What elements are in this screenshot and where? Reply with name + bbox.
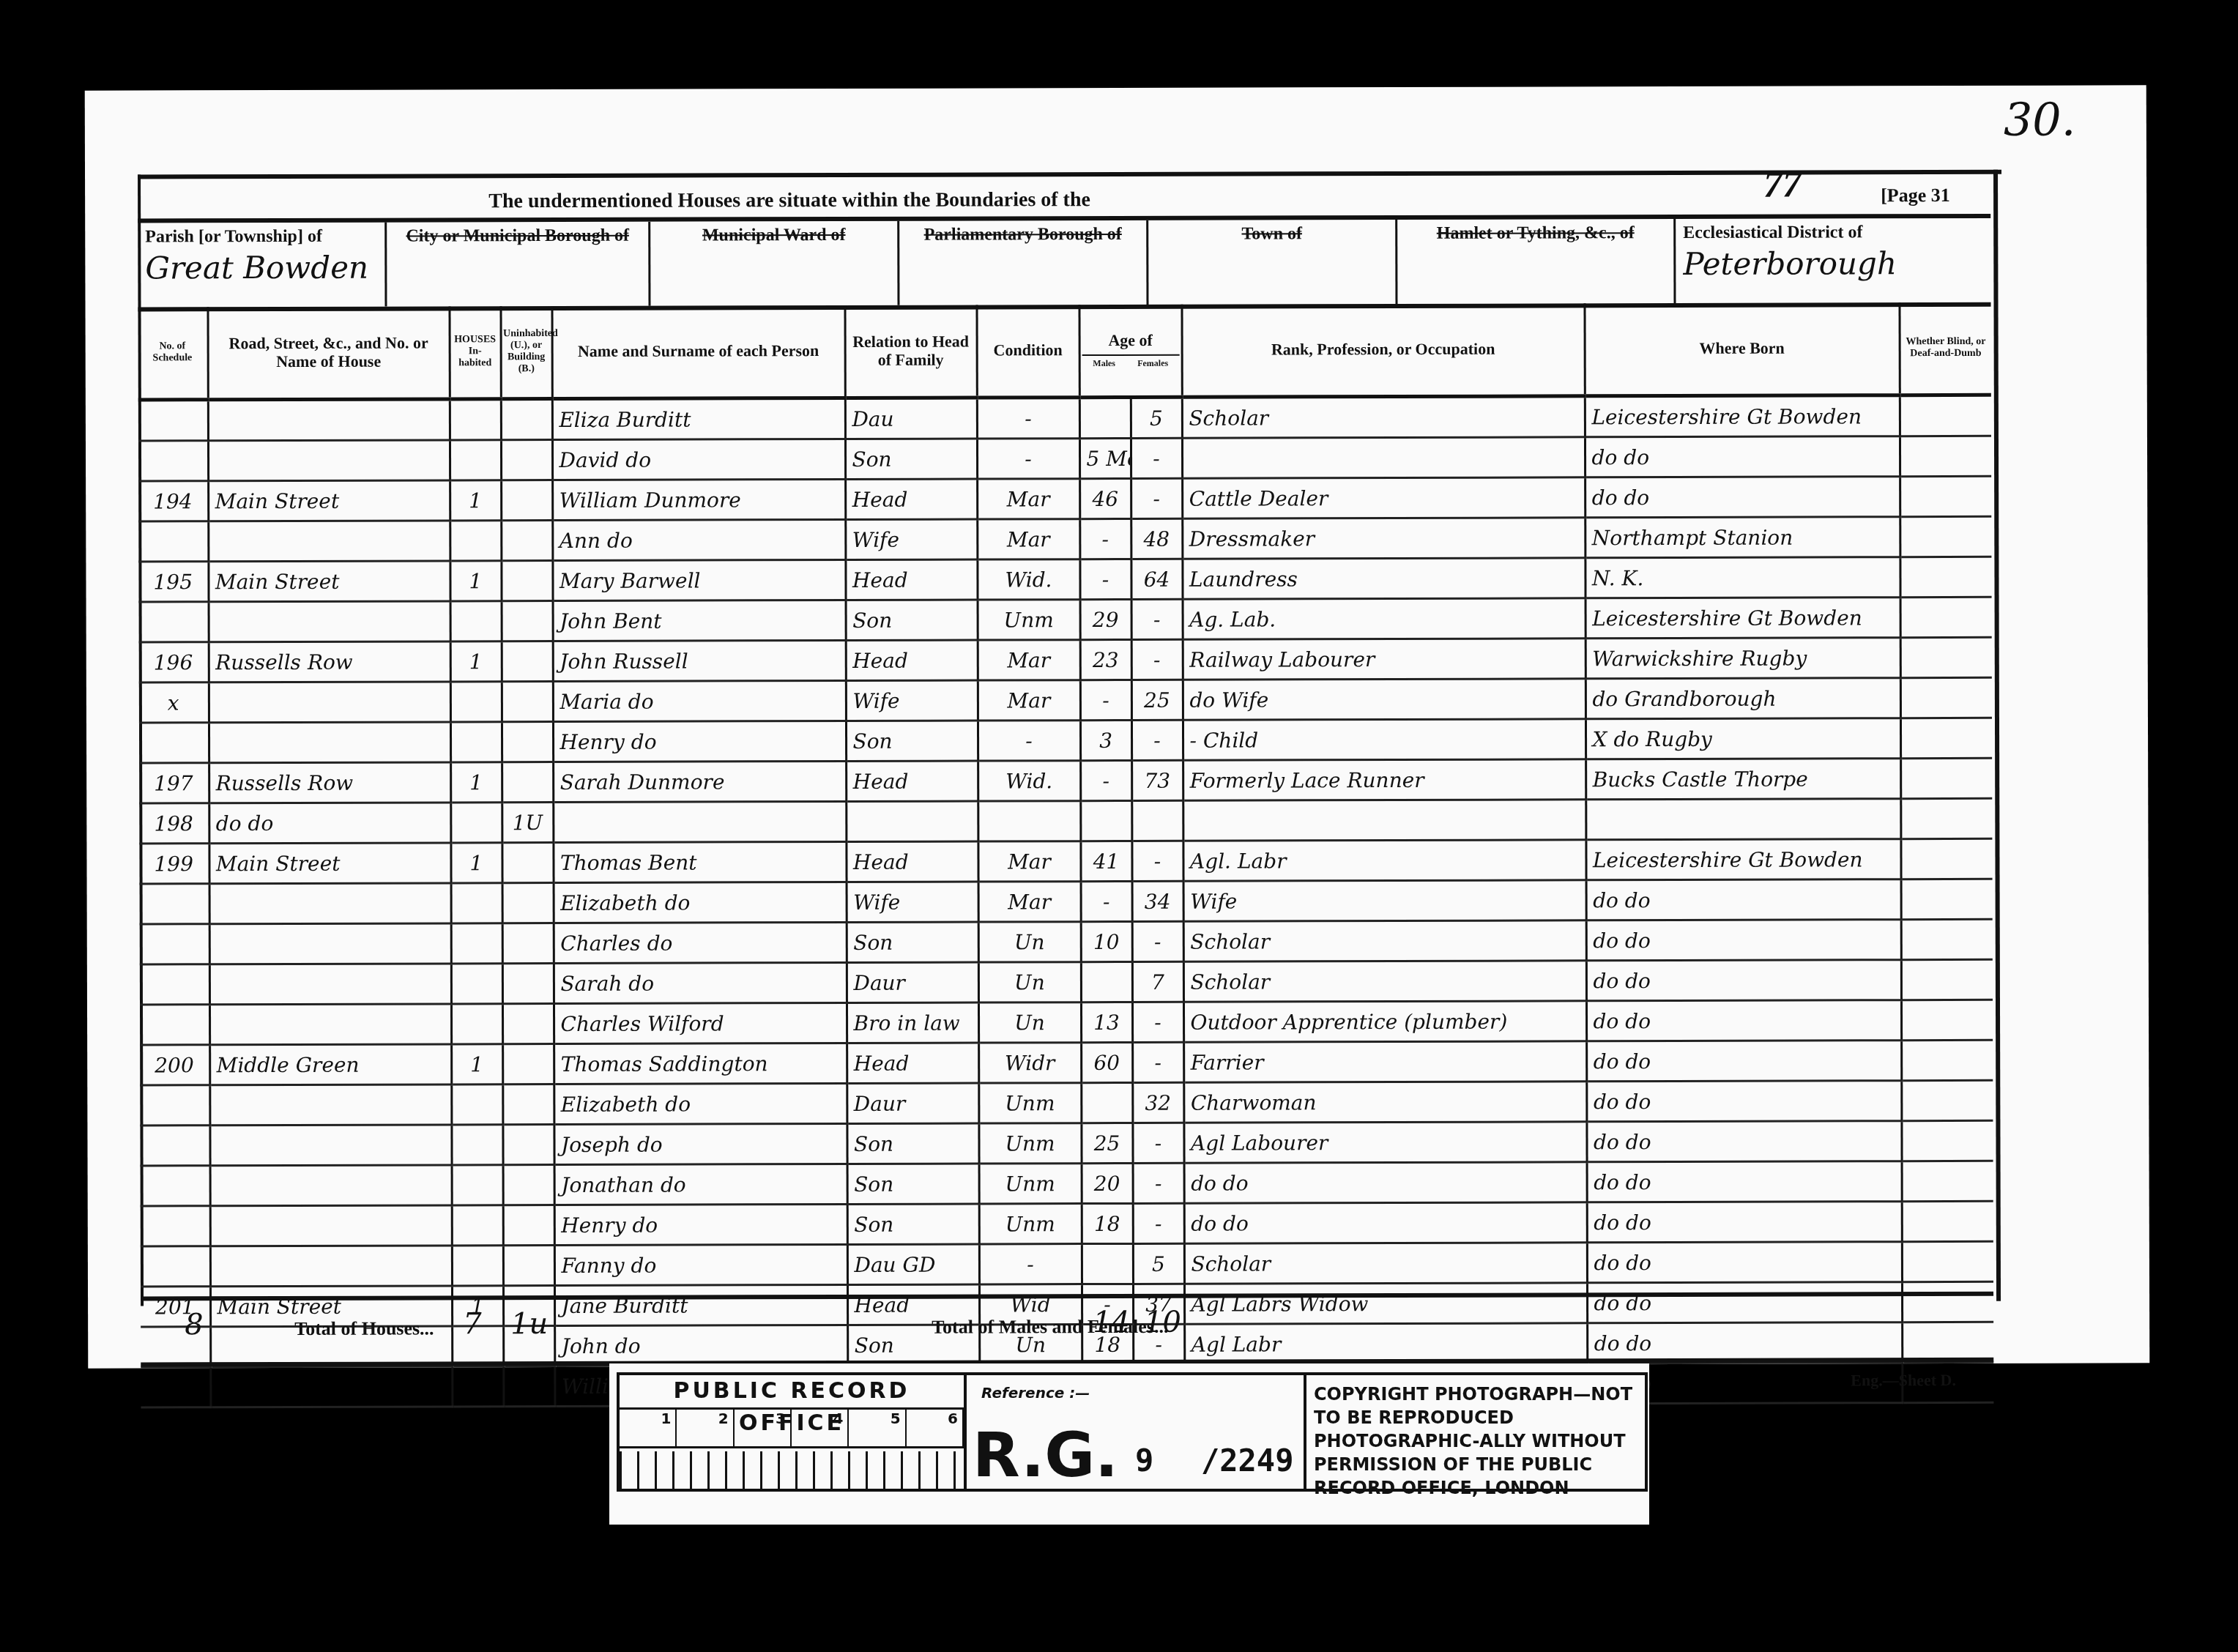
road-cell <box>209 923 451 964</box>
road-cell <box>209 964 451 1005</box>
table-row: 194Main Street1William DunmoreHeadMar46-… <box>138 476 1991 521</box>
page-label: [Page 31 <box>1881 185 1950 206</box>
census-sheet: The undermentioned Houses are situate wi… <box>138 170 2004 1317</box>
blind-cell <box>1901 919 1993 959</box>
where-born-cell: N. K. <box>1585 557 1900 598</box>
inhabited-cell <box>452 1165 503 1205</box>
uninhabited-cell <box>503 1246 554 1286</box>
admin-cell: Town of <box>1148 220 1397 305</box>
relation-cell: Son <box>847 1123 978 1164</box>
census-page: 30. The undermentioned Houses are situat… <box>85 85 2150 1368</box>
condition-cell: Mar <box>978 841 1080 882</box>
boundary-headline: The undermentioned Houses are situate wi… <box>138 187 1441 215</box>
name-cell: Joseph do <box>554 1123 847 1164</box>
where-born-cell <box>1585 799 1900 840</box>
road-cell <box>208 440 450 481</box>
blind-cell <box>1900 395 1991 436</box>
condition-cell: Un <box>978 962 1081 1002</box>
schedule-cell: 197 <box>139 763 209 803</box>
inhabited-cell: 1 <box>450 843 502 883</box>
where-born-cell: do do <box>1586 960 1901 1001</box>
inhabited-cell <box>452 1366 503 1407</box>
occupation-cell: do do <box>1184 1162 1587 1203</box>
name-cell: Fanny do <box>554 1244 847 1285</box>
schedule-cell: x <box>139 682 209 723</box>
blind-cell <box>1900 516 1991 557</box>
admin-value <box>1156 247 1388 248</box>
schedule-cell: 194 <box>138 481 208 521</box>
totals-row: 8 Total of Houses... 7 1u Total of Males… <box>141 1292 1993 1367</box>
uninhabited-cell <box>501 521 552 561</box>
schedule-cell <box>138 400 208 441</box>
ruler-ticks <box>620 1451 964 1492</box>
name-cell: Mary Barwell <box>552 559 845 600</box>
female-age-cell: - <box>1131 639 1183 680</box>
road-cell: Main Street <box>209 843 450 884</box>
ruler-mark: 1 <box>620 1410 677 1446</box>
female-age-cell: - <box>1132 1042 1183 1082</box>
relation-cell: Bro in law <box>847 1002 978 1043</box>
male-age-cell <box>1081 961 1132 1002</box>
male-age-cell: 46 <box>1079 478 1131 518</box>
copyright-notice: COPYRIGHT PHOTOGRAPH—NOT TO BE REPRODUCE… <box>1306 1375 1645 1489</box>
male-age-cell: 13 <box>1081 1002 1132 1042</box>
uninhabited-cell <box>502 964 554 1004</box>
female-age-cell: - <box>1131 478 1182 518</box>
ruler-mark: 6 <box>907 1410 964 1446</box>
inhabited-cell <box>450 521 501 561</box>
name-cell: Sarah do <box>554 962 847 1003</box>
schedule-cell <box>140 1085 209 1125</box>
relation-cell: Daur <box>847 1083 978 1123</box>
total-inhabited: 7 <box>463 1307 482 1341</box>
table-row: Fanny doDau GD-5Scholardo do <box>141 1241 1993 1287</box>
schedule-cell <box>139 602 209 642</box>
admin-value <box>1405 246 1666 247</box>
table-row: Charles doSonUn10-Scholardo do <box>140 919 1993 964</box>
name-cell: Charles Wilford <box>554 1002 847 1043</box>
blind-cell <box>1900 677 1992 718</box>
female-age-cell: - <box>1132 921 1183 961</box>
condition-cell: Unm <box>978 600 1080 640</box>
table-row: 197Russells Row1Sarah DunmoreHeadWid.-73… <box>139 758 1992 803</box>
relation-cell: Head <box>845 479 977 519</box>
inhabited-cell <box>451 923 502 964</box>
uninhabited-cell <box>501 480 552 521</box>
female-age-cell: - <box>1131 720 1183 760</box>
female-age-cell: - <box>1132 1002 1183 1042</box>
total-males: 14 <box>1093 1306 1130 1339</box>
occupation-cell: Scholar <box>1184 1243 1587 1284</box>
admin-cell: Hamlet or Tything, &c., of <box>1397 219 1676 304</box>
table-row: Henry doSonUnm18-do dodo do <box>141 1201 1993 1246</box>
road-cell: Main Street <box>208 561 450 602</box>
condition-cell: Unm <box>978 1083 1081 1123</box>
total-houses-label: Total of Houses... <box>294 1317 434 1339</box>
male-age-cell: - <box>1080 680 1131 720</box>
table-row: Charles WilfordBro in lawUn13-Outdoor Ap… <box>140 1000 1993 1045</box>
road-cell <box>210 1246 452 1287</box>
name-cell: Elizabeth do <box>554 882 847 923</box>
condition-cell: Un <box>978 922 1081 962</box>
table-row: Henry doSon-3-- ChildX do Rugby <box>139 718 1992 763</box>
relation-cell: Dau GD <box>847 1244 979 1284</box>
male-age-cell: 10 <box>1081 921 1132 961</box>
inhabited-cell <box>451 883 502 923</box>
schedule-cell <box>138 521 208 562</box>
relation-cell: Dau <box>845 398 977 439</box>
admin-cell: City or Municipal Borough of <box>387 222 650 307</box>
road-cell <box>210 1205 452 1246</box>
condition-cell: Mar <box>977 519 1079 559</box>
ruler-mark: 3 <box>735 1410 792 1446</box>
schedule-cell: 200 <box>140 1045 209 1085</box>
where-born-cell: X do Rugby <box>1585 718 1900 759</box>
schedule-cell <box>140 1125 209 1166</box>
male-age-cell <box>1082 1243 1133 1284</box>
schedule-cell: 199 <box>139 844 209 884</box>
female-age-cell: - <box>1133 1163 1184 1203</box>
occupation-cell: Scholar <box>1183 920 1586 961</box>
occupation-cell: Scholar <box>1183 961 1586 1002</box>
road-cell <box>209 1004 451 1045</box>
condition-cell: - <box>977 398 1079 439</box>
schedule-cell <box>140 1005 209 1045</box>
female-age-cell: 32 <box>1132 1082 1183 1123</box>
col-occupation: Rank, Profession, or Occupation <box>1182 303 1585 397</box>
relation-cell: Wife <box>845 519 977 559</box>
relation-cell <box>846 801 978 841</box>
male-age-cell: 5 Mo <box>1079 438 1131 478</box>
occupation-cell: do do <box>1184 1202 1587 1243</box>
uninhabited-cell <box>502 1125 554 1165</box>
relation-cell: Wife <box>847 882 978 922</box>
uninhabited-cell <box>501 561 552 601</box>
female-age-cell: 64 <box>1131 559 1182 599</box>
blind-cell <box>1902 1241 1993 1281</box>
reference-label: Reference :— <box>981 1384 1090 1402</box>
inhabited-cell <box>451 1084 502 1125</box>
office-name: PUBLIC RECORD OFFICE <box>620 1375 964 1410</box>
road-cell <box>209 883 451 924</box>
condition-cell: Un <box>978 1002 1081 1043</box>
condition-cell: Unm <box>979 1164 1082 1204</box>
female-age-cell: - <box>1131 599 1183 639</box>
condition-cell: - <box>978 721 1080 761</box>
name-cell: Sarah Dunmore <box>553 761 846 802</box>
where-born-cell: Leicestershire Gt Bowden <box>1585 839 1900 880</box>
relation-cell: Head <box>846 640 978 680</box>
road-cell <box>209 722 450 763</box>
condition-cell: Unm <box>978 1123 1081 1164</box>
admin-label: Town of <box>1156 224 1388 245</box>
road-cell <box>208 521 450 562</box>
female-age-cell: 48 <box>1131 518 1182 559</box>
table-row: David doSon-5 Mo-do do <box>138 436 1991 481</box>
where-born-cell: do Grandborough <box>1585 678 1900 719</box>
uninhabited-cell <box>503 1165 554 1205</box>
male-age-cell: 18 <box>1082 1203 1133 1243</box>
relation-cell: Son <box>846 600 978 640</box>
female-age-cell: 34 <box>1132 881 1183 921</box>
table-row: Jonathan doSonUnm20-do dodo do <box>141 1161 1993 1206</box>
male-age-cell: 29 <box>1080 599 1131 639</box>
table-row: 199Main Street1Thomas BentHeadMar41-Agl.… <box>139 838 1992 884</box>
road-cell: Russells Row <box>209 762 450 803</box>
road-cell <box>209 682 450 723</box>
schedule-cell <box>140 924 209 964</box>
schedule-cell: 198 <box>139 803 209 844</box>
inhabited-cell: 1 <box>450 762 502 803</box>
inhabited-cell <box>452 1246 503 1286</box>
table-row: xMaria doWifeMar-25do Wifedo Grandboroug… <box>139 677 1992 723</box>
uninhabited-cell <box>502 641 553 682</box>
name-cell: Henry do <box>554 1204 847 1245</box>
inhabited-cell <box>451 1125 502 1165</box>
where-born-cell: do do <box>1586 879 1901 920</box>
scale-ruler: PUBLIC RECORD OFFICE 123456 <box>620 1375 967 1489</box>
male-age-cell: 23 <box>1080 639 1131 680</box>
occupation-cell: Outdoor Apprentice (plumber) <box>1183 1001 1586 1042</box>
blind-cell <box>1901 959 1993 1000</box>
schedule-cell: 196 <box>139 642 209 682</box>
male-age-cell: 60 <box>1081 1042 1132 1082</box>
total-uninhabited: 1u <box>510 1307 548 1341</box>
occupation-cell <box>1183 800 1585 841</box>
female-age-cell: 25 <box>1131 680 1183 720</box>
occupation-cell: Ag. Lab. <box>1183 598 1585 639</box>
male-age-cell: 20 <box>1082 1163 1133 1203</box>
blind-cell <box>1902 1161 1993 1201</box>
admin-label: Hamlet or Tything, &c., of <box>1405 223 1666 244</box>
occupation-cell: Scholar <box>1182 396 1585 438</box>
male-age-cell: 3 <box>1080 720 1131 760</box>
blind-cell <box>1900 436 1991 476</box>
admin-cell: Parish [or Township] ofGreat Bowden <box>138 223 387 308</box>
occupation-cell: Railway Labourer <box>1183 639 1585 680</box>
road-cell: Russells Row <box>209 641 450 682</box>
admin-value: Great Bowden <box>145 250 377 286</box>
admin-cell: Parliamentary Borough of <box>899 220 1148 305</box>
where-born-cell: Bucks Castle Thorpe <box>1585 759 1900 800</box>
blind-cell <box>1900 476 1991 516</box>
name-cell: Ann do <box>552 519 845 560</box>
condition-cell: Wid. <box>978 761 1080 801</box>
road-cell <box>208 399 450 441</box>
relation-cell: Head <box>846 841 978 882</box>
blind-cell <box>1901 1120 1993 1161</box>
col-inhabited: HOUSESIn-habited <box>449 306 500 399</box>
name-cell: Henry do <box>553 721 846 762</box>
relation-cell: Son <box>847 1204 979 1244</box>
occupation-cell: Cattle Dealer <box>1182 477 1585 518</box>
reference-series: R.G. <box>973 1419 1118 1491</box>
admin-label: Parliamentary Borough of <box>907 225 1139 245</box>
inhabited-cell <box>450 601 502 641</box>
blind-cell <box>1900 557 1991 597</box>
name-cell: John Russell <box>553 640 846 681</box>
col-relation: Relation to Head of Family <box>844 305 976 398</box>
admin-value: Peterborough <box>1683 245 1983 282</box>
inhabited-cell <box>450 399 501 440</box>
uninhabited-cell <box>502 1044 554 1084</box>
schedule-cell <box>140 964 209 1005</box>
uninhabited-cell: 1U <box>502 803 553 843</box>
table-row: 200Middle Green1Thomas SaddingtonHeadWid… <box>140 1040 1993 1085</box>
road-cell: Middle Green <box>209 1044 451 1085</box>
schedule-cell <box>138 441 208 481</box>
inhabited-cell <box>450 440 501 480</box>
admin-label: Municipal Ward of <box>658 226 890 246</box>
inhabited-cell <box>450 682 502 722</box>
relation-cell: Son <box>846 721 978 761</box>
uninhabited-cell <box>502 1084 554 1125</box>
inhabited-cell <box>450 803 502 843</box>
occupation-cell: Charwoman <box>1183 1082 1586 1123</box>
admin-value <box>394 249 641 250</box>
inhabited-cell: 1 <box>450 561 501 601</box>
name-cell: Thomas Bent <box>553 841 846 882</box>
blind-cell <box>1900 637 1992 677</box>
female-age-cell: - <box>1133 1203 1184 1243</box>
ruler-mark: 5 <box>849 1410 906 1446</box>
total-females: 10 <box>1144 1306 1181 1339</box>
road-cell: do do <box>209 803 450 844</box>
total-schedules: 8 <box>185 1308 204 1342</box>
uninhabited-cell <box>503 1366 554 1407</box>
condition-cell: Mar <box>978 882 1081 922</box>
male-age-cell: - <box>1079 518 1131 559</box>
name-cell: Elizabeth do <box>554 1083 847 1124</box>
where-born-cell: do do <box>1586 1121 1901 1162</box>
where-born-cell: Leicestershire Gt Bowden <box>1585 598 1900 639</box>
table-row: 196Russells Row1John RussellHeadMar23-Ra… <box>139 637 1992 682</box>
schedule-cell <box>141 1246 210 1287</box>
relation-cell: Head <box>846 761 978 801</box>
relation-cell: Head <box>845 559 977 600</box>
where-born-cell: do do <box>1587 1242 1902 1283</box>
condition-cell: Unm <box>979 1204 1082 1244</box>
uninhabited-cell <box>502 843 553 883</box>
uninhabited-cell <box>502 682 553 722</box>
condition-cell: Widr <box>978 1043 1081 1083</box>
occupation-cell: Laundress <box>1182 558 1585 599</box>
female-age-cell: - <box>1131 841 1183 881</box>
census-table: No. of Schedule Road, Street, &c., and N… <box>138 302 1993 1409</box>
uninhabited-cell <box>502 1004 554 1044</box>
schedule-cell <box>140 884 209 924</box>
where-born-cell: do do <box>1587 1202 1902 1243</box>
male-age-cell: 25 <box>1081 1123 1132 1163</box>
record-office-stamp: PUBLIC RECORD OFFICE 123456 Reference :—… <box>609 1363 1649 1525</box>
name-cell: Thomas Saddington <box>554 1043 847 1084</box>
female-age-cell: 73 <box>1131 760 1183 800</box>
blind-cell <box>1900 597 1992 637</box>
folio-number: 30. <box>2004 93 2076 146</box>
occupation-cell: Dressmaker <box>1182 518 1585 559</box>
where-born-cell: Warwickshire Rugby <box>1585 638 1900 679</box>
table-row: 198do do1U <box>139 798 1992 844</box>
occupation-cell: Formerly Lace Runner <box>1183 759 1585 800</box>
where-born-cell: do do <box>1586 1041 1901 1082</box>
schedule-cell <box>141 1166 210 1206</box>
female-age-cell: - <box>1132 1123 1183 1163</box>
occupation-cell: Farrier <box>1183 1041 1586 1082</box>
relation-cell: Daur <box>847 962 978 1002</box>
enumeration-number: 77 <box>1763 163 1802 206</box>
name-cell: Jonathan do <box>554 1164 847 1205</box>
admin-value <box>907 248 1139 248</box>
col-schedule: No. of Schedule <box>138 307 207 400</box>
where-born-cell: Northampt Stanion <box>1585 517 1900 558</box>
blind-cell <box>1900 838 1992 879</box>
schedule-cell: 195 <box>138 562 208 602</box>
uninhabited-cell <box>501 399 552 440</box>
schedule-cell <box>141 1206 210 1246</box>
admin-areas: Parish [or Township] ofGreat BowdenCity … <box>138 214 1990 312</box>
occupation-cell <box>1182 437 1585 478</box>
table-row: Sarah doDaurUn7Scholardo do <box>140 959 1993 1005</box>
inhabited-cell <box>452 1205 503 1246</box>
blind-cell <box>1901 1000 1993 1040</box>
road-cell: Main Street <box>208 480 450 521</box>
ruler-marks: 123456 <box>620 1410 964 1448</box>
blind-cell <box>1901 1040 1993 1080</box>
uninhabited-cell <box>502 923 554 964</box>
total-persons-label: Total of Males and Females... <box>932 1316 1168 1339</box>
col-blind: Whether Blind, or Deaf-and-Dumb <box>1900 302 1991 395</box>
where-born-cell: Leicestershire Gt Bowden <box>1585 395 1900 437</box>
table-row: John BentSonUnm29-Ag. Lab.Leicestershire… <box>139 597 1992 642</box>
condition-cell <box>978 801 1080 841</box>
admin-label: City or Municipal Borough of <box>394 226 641 247</box>
table-row: Joseph doSonUnm25-Agl Labourerdo do <box>140 1120 1993 1166</box>
male-age-cell <box>1079 397 1131 438</box>
reference-item: /2249 <box>1201 1443 1293 1478</box>
ruler-mark: 2 <box>677 1410 734 1446</box>
where-born-cell: do do <box>1586 1081 1901 1122</box>
condition-cell: Wid. <box>977 559 1079 600</box>
col-condition: Condition <box>976 305 1079 398</box>
admin-cell: Ecclesiastical District ofPeterborough <box>1676 218 1990 303</box>
col-road: Road, Street, &c., and No. or Name of Ho… <box>207 306 449 399</box>
sheet-footer-note: Eng.—Sheet D. <box>1851 1371 1956 1390</box>
inhabited-cell: 1 <box>451 1044 502 1084</box>
name-cell: David do <box>552 439 845 480</box>
condition-cell: Mar <box>977 479 1079 519</box>
male-age-cell: - <box>1079 559 1131 599</box>
relation-cell: Son <box>845 439 977 479</box>
reference-piece: 9 <box>1135 1443 1153 1478</box>
where-born-cell: do do <box>1587 1161 1902 1202</box>
condition-cell: - <box>977 439 1079 479</box>
male-age-cell <box>1081 1082 1132 1123</box>
occupation-cell: Agl Labourer <box>1183 1122 1586 1163</box>
female-age-cell: - <box>1131 438 1182 478</box>
col-uninhabited: Uninhabited (U.), or Building (B.) <box>500 306 551 399</box>
occupation-cell: Wife <box>1183 880 1586 921</box>
blind-cell <box>1901 879 1993 919</box>
schedule-cell <box>139 723 209 763</box>
inhabited-cell <box>451 964 502 1004</box>
blind-cell <box>1901 1080 1993 1120</box>
table-row: 195Main Street1Mary BarwellHeadWid.-64La… <box>138 557 1991 602</box>
uninhabited-cell <box>503 1205 554 1246</box>
uninhabited-cell <box>502 601 553 641</box>
schedule-cell <box>141 1367 210 1407</box>
table-row: Ann doWifeMar-48DressmakerNorthampt Stan… <box>138 516 1991 562</box>
admin-value <box>658 248 890 249</box>
